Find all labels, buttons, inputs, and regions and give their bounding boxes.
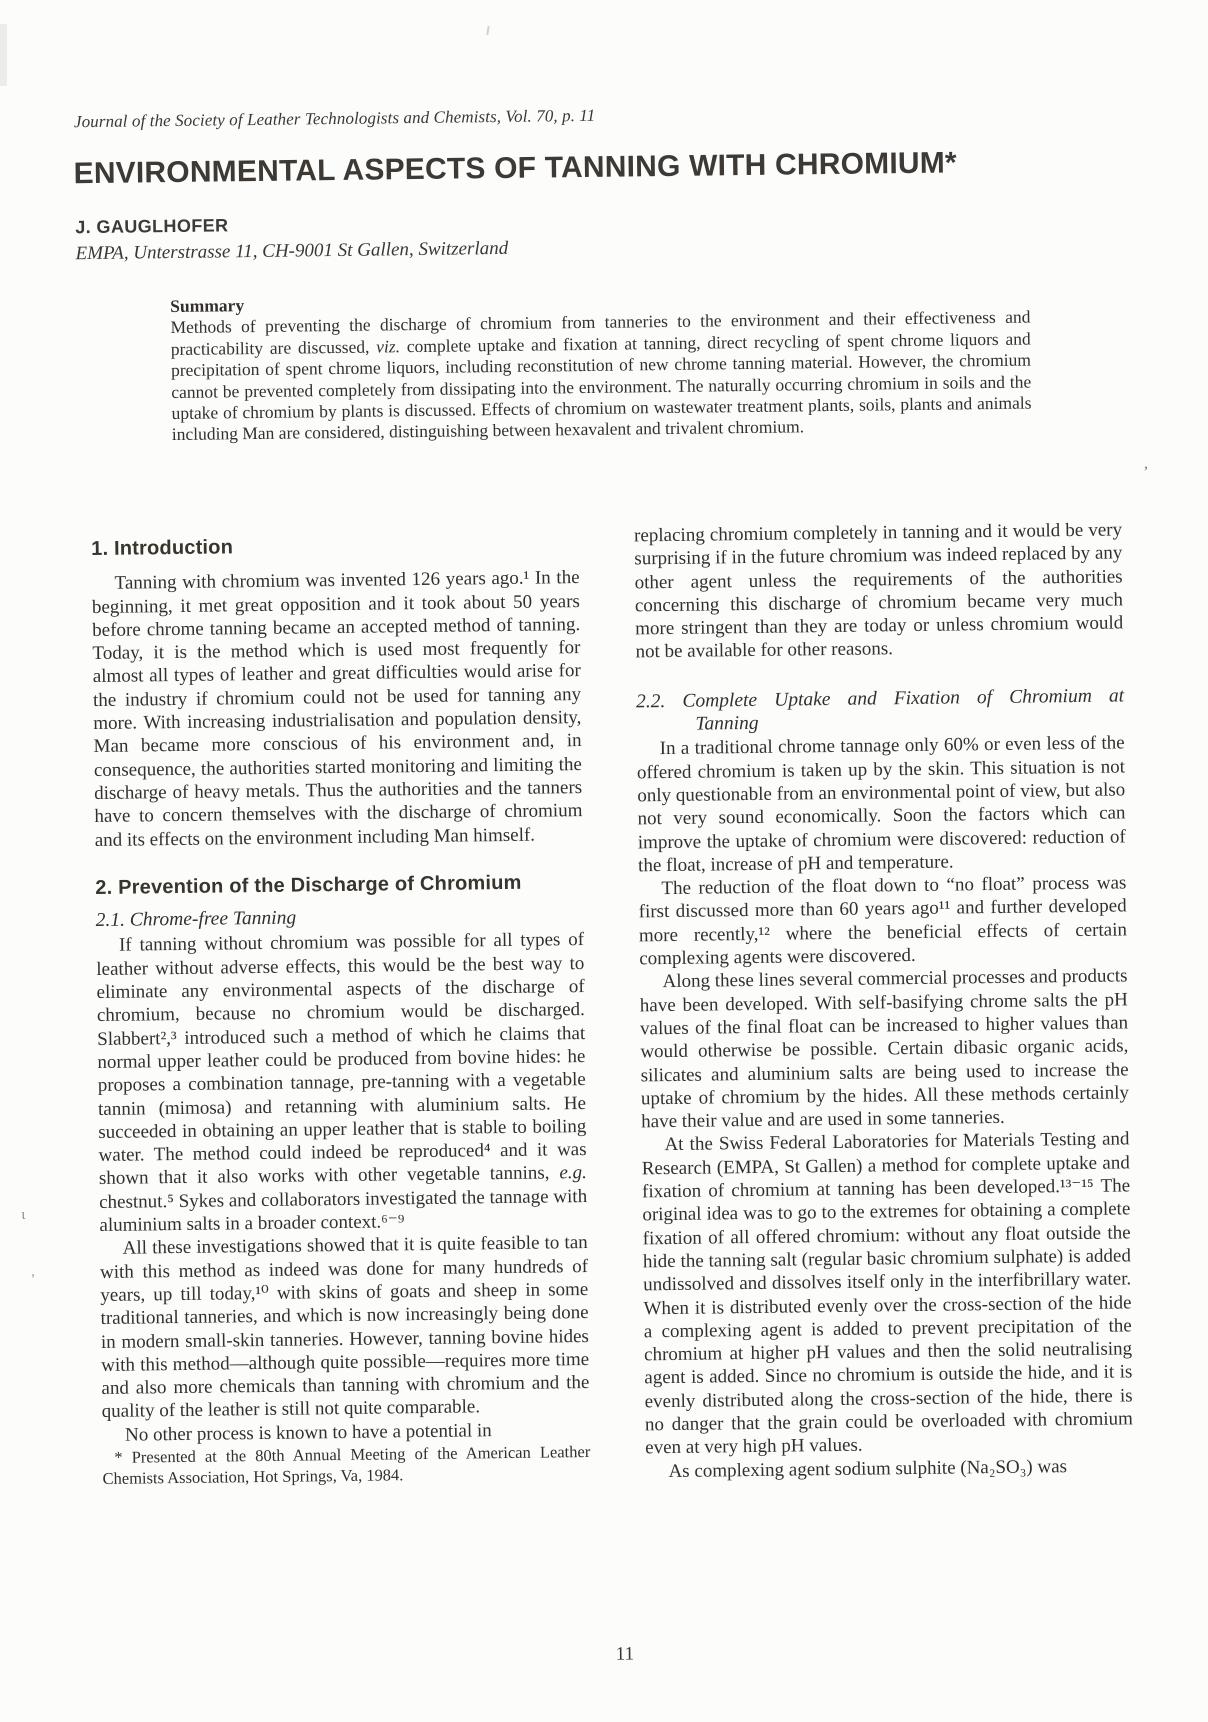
subsection-2-1-heading: 2.1. Chrome-free Tanning [96,903,584,932]
chrome-free-tanning-paragraph: If tanning without chromium was possible… [96,928,588,1237]
investigations-paragraph: All these investigations showed that it … [100,1231,590,1423]
scan-edge-artifact [0,24,7,86]
left-column: 1. Introduction Tanning with chromium wa… [91,532,591,1489]
presentation-footnote: * Presented at the 80th Annual Meeting o… [102,1441,590,1489]
right-column: replacing chromium completely in tanning… [634,518,1134,1483]
continued-paragraph: replacing chromium completely in tanning… [634,518,1124,664]
section-2-heading: 2. Prevention of the Discharge of Chromi… [95,871,583,900]
abstract-block: Summary Methods of preventing the discha… [170,286,1032,446]
introduction-paragraph: Tanning with chromium was invented 126 y… [91,566,582,852]
scan-speck-margin-2: , [31,1264,35,1281]
journal-running-head: Journal of the Society of Leather Techno… [74,106,596,132]
subsection-2-2-heading: 2.2. Complete Uptake and Fixation of Chr… [636,684,1125,737]
article-title: ENVIRONMENTAL ASPECTS OF TANNING WITH CH… [73,145,1033,191]
page-number: 11 [616,1643,635,1665]
abstract-text: Methods of preventing the discharge of c… [170,307,1032,446]
scanned-page: Journal of the Society of Leather Techno… [0,0,1208,1722]
uptake-paragraph: In a traditional chrome tannage only 60%… [637,732,1127,878]
scan-speck-margin-1: ι [21,1207,25,1224]
commercial-processes-paragraph: Along these lines several commercial pro… [639,965,1129,1134]
section-1-heading: 1. Introduction [91,532,579,561]
eg-italic: e.g. [559,1162,587,1183]
scan-speck-after-text: ʼ [1143,464,1149,482]
empa-method-paragraph: At the Swiss Federal Laboratories for Ma… [641,1128,1133,1460]
author-affiliation: EMPA, Unterstrasse 11, CH-9001 St Gallen… [75,238,508,265]
no-float-paragraph: The reduction of the float down to “no f… [638,872,1127,971]
author-name: J. GAUGLHOFER [75,215,228,238]
abstract-viz-italic: viz. [376,336,400,356]
